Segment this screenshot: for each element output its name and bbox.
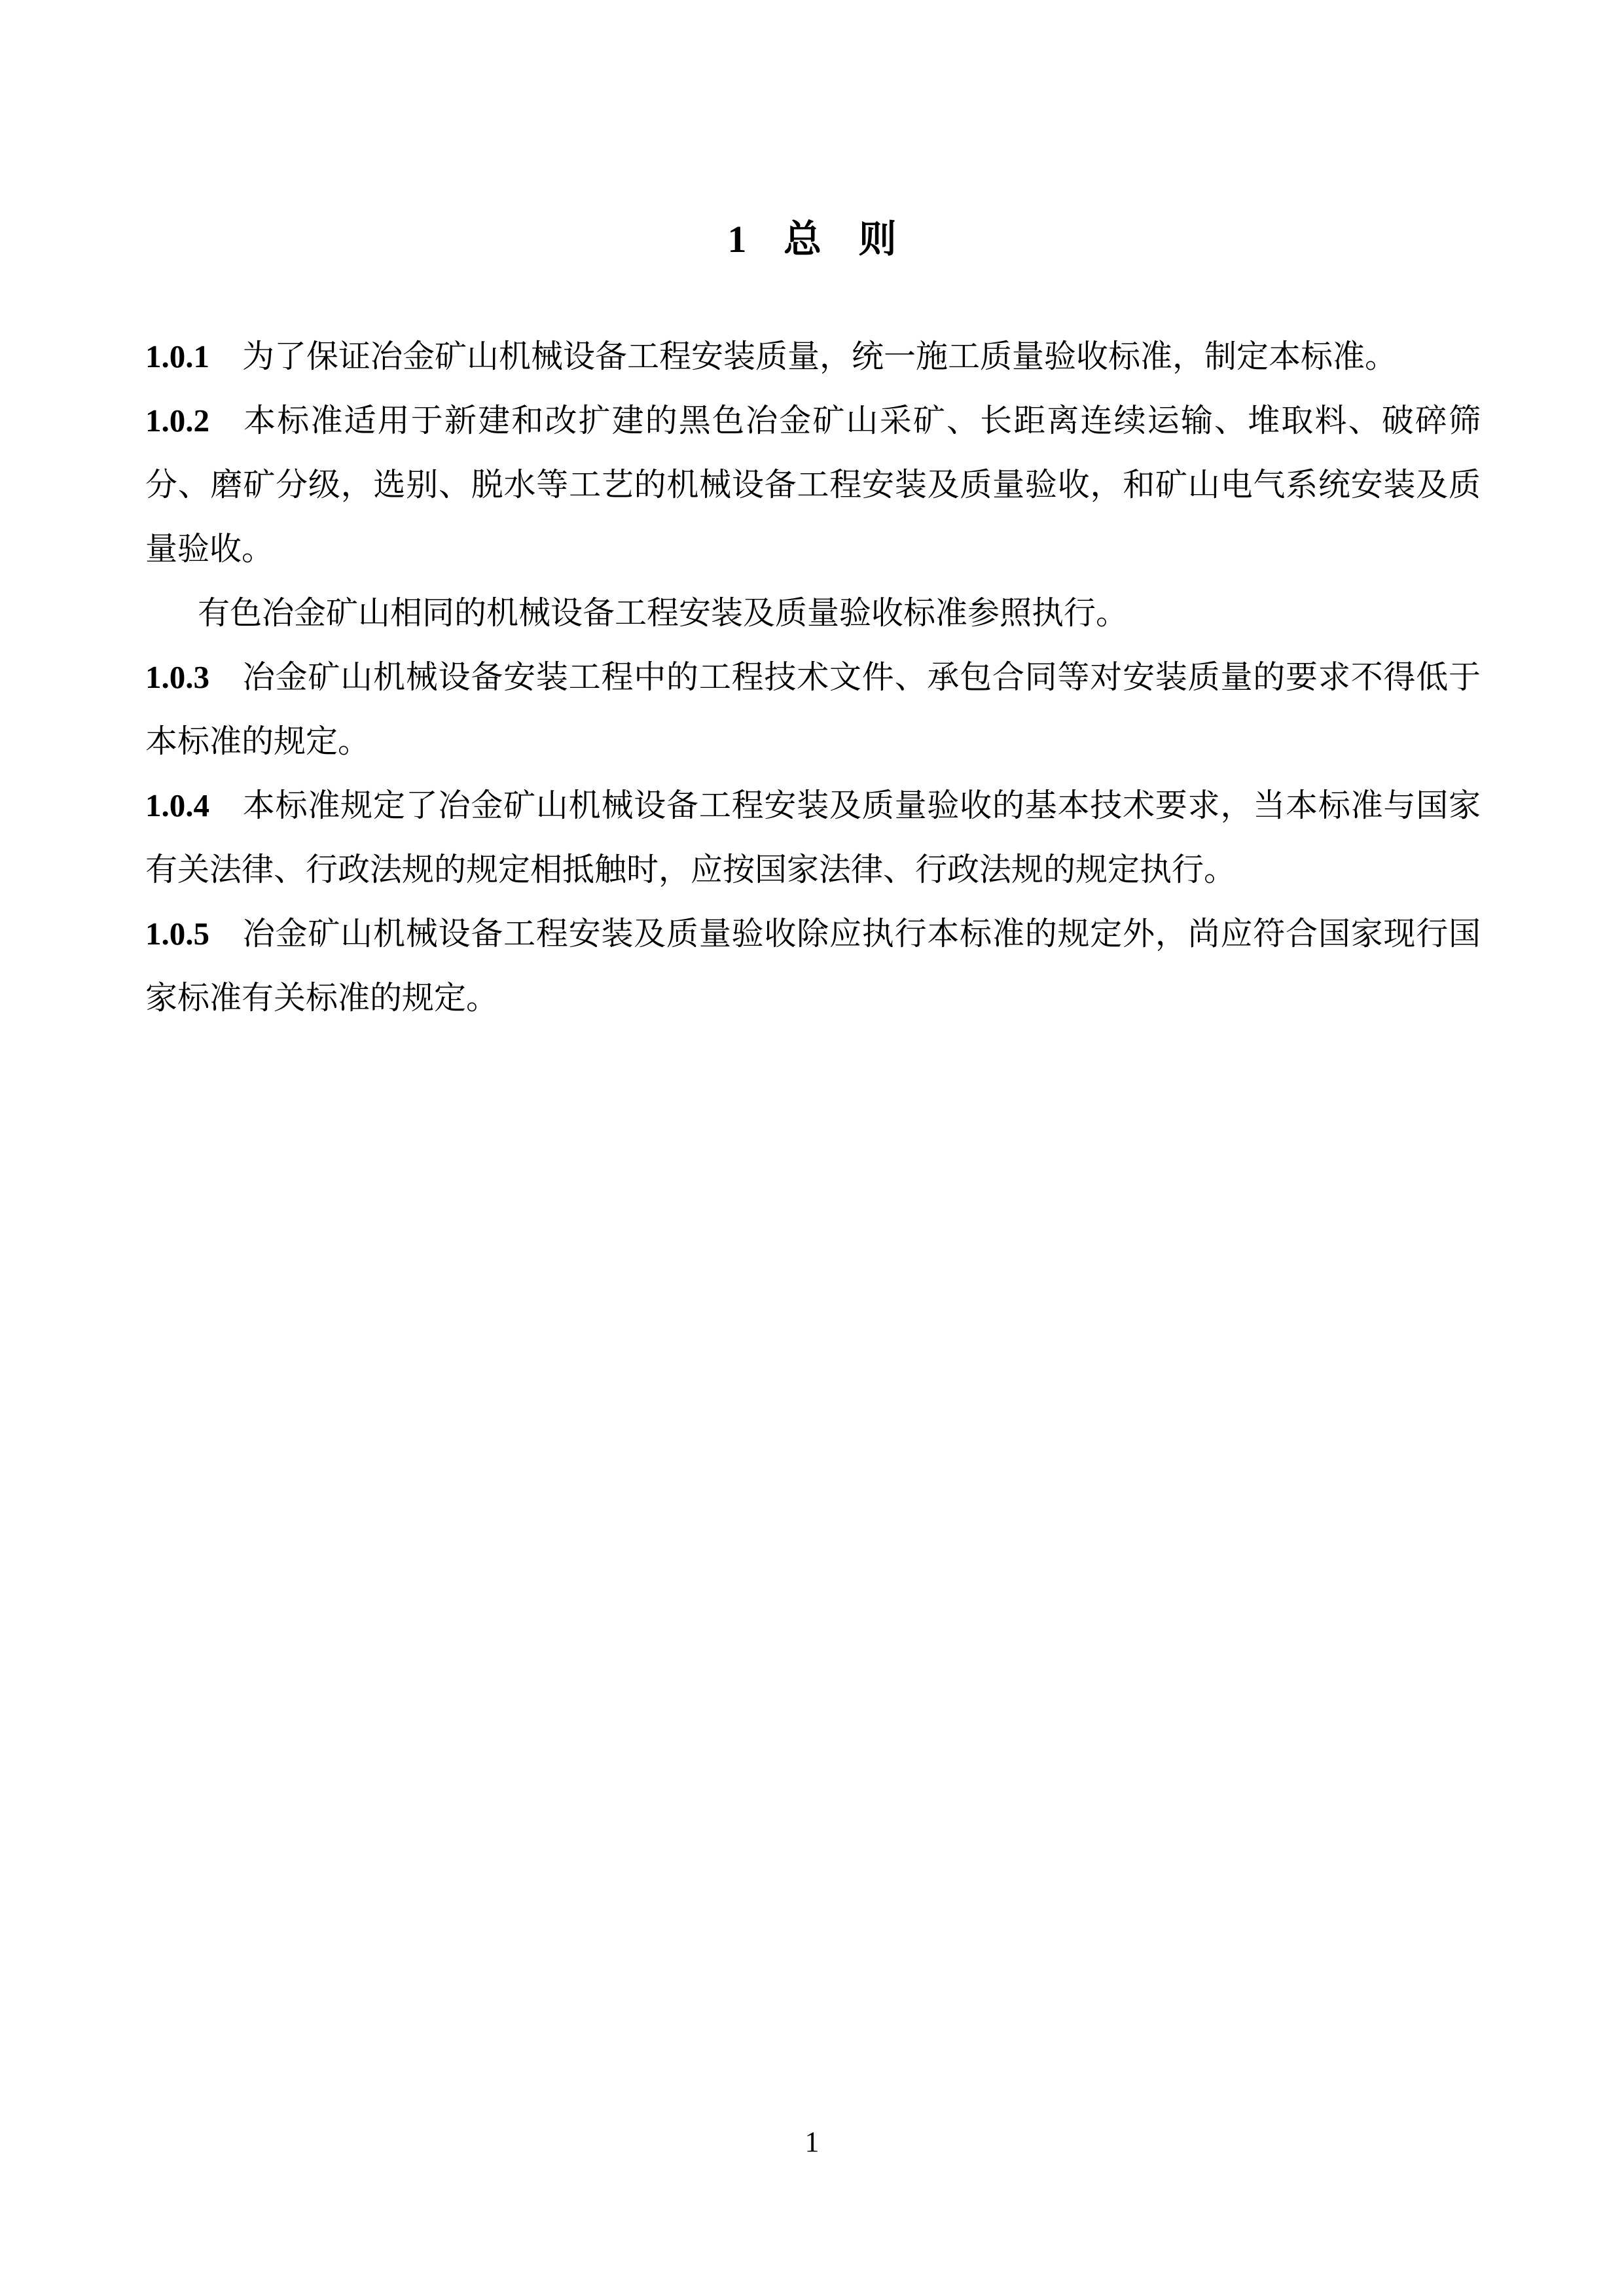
clause-paragraph: 1.0.4本标准规定了冶金矿山机械设备工程安装及质量验收的基本技术要求，当本标准… xyxy=(145,774,1481,902)
clause-text: 本标准规定了冶金矿山机械设备工程安装及质量验收的基本技术要求，当本标准与国家有关… xyxy=(145,787,1481,888)
clause-text: 为了保证冶金矿山机械设备工程安装质量，统一施工质量验收标准，制定本标准。 xyxy=(242,338,1397,374)
clause-paragraph: 1.0.5冶金矿山机械设备工程安装及质量验收除应执行本标准的规定外，尚应符合国家… xyxy=(145,902,1481,1030)
clause-paragraph: 有色冶金矿山相同的机械设备工程安装及质量验收标准参照执行。 xyxy=(145,581,1481,645)
chapter-title: 1 总 则 xyxy=(0,0,1624,259)
clause-paragraph: 1.0.3冶金矿山机械设备安装工程中的工程技术文件、承包合同等对安装质量的要求不… xyxy=(145,645,1481,774)
clause-text: 冶金矿山机械设备工程安装及质量验收除应执行本标准的规定外，尚应符合国家现行国家标… xyxy=(145,916,1481,1016)
clause-text: 本标准适用于新建和改扩建的黑色冶金矿山采矿、长距离连续运输、堆取料、破碎筛分、磨… xyxy=(145,403,1481,567)
clause-number: 1.0.1 xyxy=(145,338,209,374)
page-number: 1 xyxy=(0,2126,1624,2159)
clause-number: 1.0.4 xyxy=(145,787,209,823)
clause-text: 冶金矿山机械设备安装工程中的工程技术文件、承包合同等对安装质量的要求不得低于本标… xyxy=(145,659,1481,759)
clause-number: 1.0.3 xyxy=(145,659,209,695)
clause-number: 1.0.5 xyxy=(145,916,209,952)
clause-paragraph: 1.0.1为了保证冶金矿山机械设备工程安装质量，统一施工质量验收标准，制定本标准… xyxy=(145,325,1481,389)
clause-number: 1.0.2 xyxy=(145,403,209,439)
clause-paragraph: 1.0.2本标准适用于新建和改扩建的黑色冶金矿山采矿、长距离连续运输、堆取料、破… xyxy=(145,389,1481,581)
clause-text: 有色冶金矿山相同的机械设备工程安装及质量验收标准参照执行。 xyxy=(198,595,1128,631)
document-page: 1 总 则 1.0.1为了保证冶金矿山机械设备工程安装质量，统一施工质量验收标准… xyxy=(0,0,1624,2296)
chapter-body: 1.0.1为了保证冶金矿山机械设备工程安装质量，统一施工质量验收标准，制定本标准… xyxy=(145,325,1481,1030)
